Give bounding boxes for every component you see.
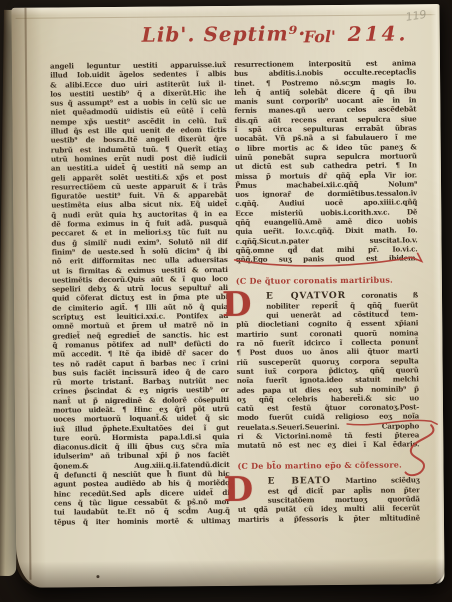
rubric-four-crowned-martyrs: (CDe q̃tuor coronatis martiribus.: [236, 273, 418, 287]
drop-cap-d-icon: D: [222, 289, 252, 319]
chapter-saint-martin: D E BEATO Martino sciẽduʒ est qd̃ dicit̃…: [238, 475, 420, 524]
drop-cap-d-icon: D: [224, 474, 254, 504]
folio-number: 214.: [348, 21, 409, 46]
page-right-edge: [430, 4, 444, 584]
red-ink-smudge: [228, 483, 234, 489]
indented-lines: nobiliter reperit̃ q̃ qñq̃ fuerũtqui uen…: [236, 300, 418, 320]
pencil-annotation: 119: [405, 8, 428, 24]
running-title: Lib'. Septim⁹·: [142, 21, 307, 46]
ink-speck: [96, 575, 99, 578]
photo-background: Lib'. Septim⁹· Fol' 214. 119 angeli legu…: [0, 0, 452, 602]
text-block-souls: resurrectionem interpositũ est animabus …: [234, 58, 418, 264]
text-line: mutatũ nõ est nec eʒ diei ĩ Kal ẽdario.: [237, 440, 419, 451]
incipit-rest: Martino sciẽduʒ: [345, 475, 419, 485]
book-page: Lib'. Septim⁹· Fol' 214. 119 angeli legu…: [11, 4, 444, 588]
indented-lines: est qd̃ dicit̃ par apl̃is non p̃tersusci…: [238, 485, 420, 505]
text-line: qñq̃.Ego suʒ panis quod est ibidem.: [236, 254, 418, 265]
rubric-text: De q̃tuor coronatis martiribus.: [249, 274, 393, 285]
incipit-caps: E QVATVOR: [266, 291, 346, 302]
folio-label: Fol': [304, 27, 336, 46]
rubric-saint-martin: (CDe bt̃o martino ep̃o & cõfessore.: [237, 458, 419, 472]
chapter-four-crowned-martyrs: D E QVATVOR coronatis ß nobiliter reperi…: [236, 290, 419, 451]
text-line: martiris a p̃fessoris k p̃ter ml̃titudin…: [238, 513, 420, 524]
incipit-caps: E BEATO: [268, 476, 331, 487]
full-lines: plũ diocletiani cognito q̃ essent xp̃ian…: [236, 319, 419, 451]
text-column-right: resurrectionem interpositũ est animabus …: [234, 58, 420, 524]
incipit-rest: coronatis ß: [361, 290, 418, 299]
text-line: tẽpus q̃ iter hominis mortẽ & ultimaʒ: [54, 516, 230, 527]
full-lines: ut qdã putãt cũ ideʒ multi alii fecerũtm…: [238, 504, 420, 524]
rubric-text: De bt̃o martino ep̃o & cõfessore.: [251, 459, 402, 470]
page-bottom-shadow: [16, 558, 444, 588]
text-column-left: angeli leguntur uestiti apparuisse.iux̃i…: [50, 60, 230, 526]
